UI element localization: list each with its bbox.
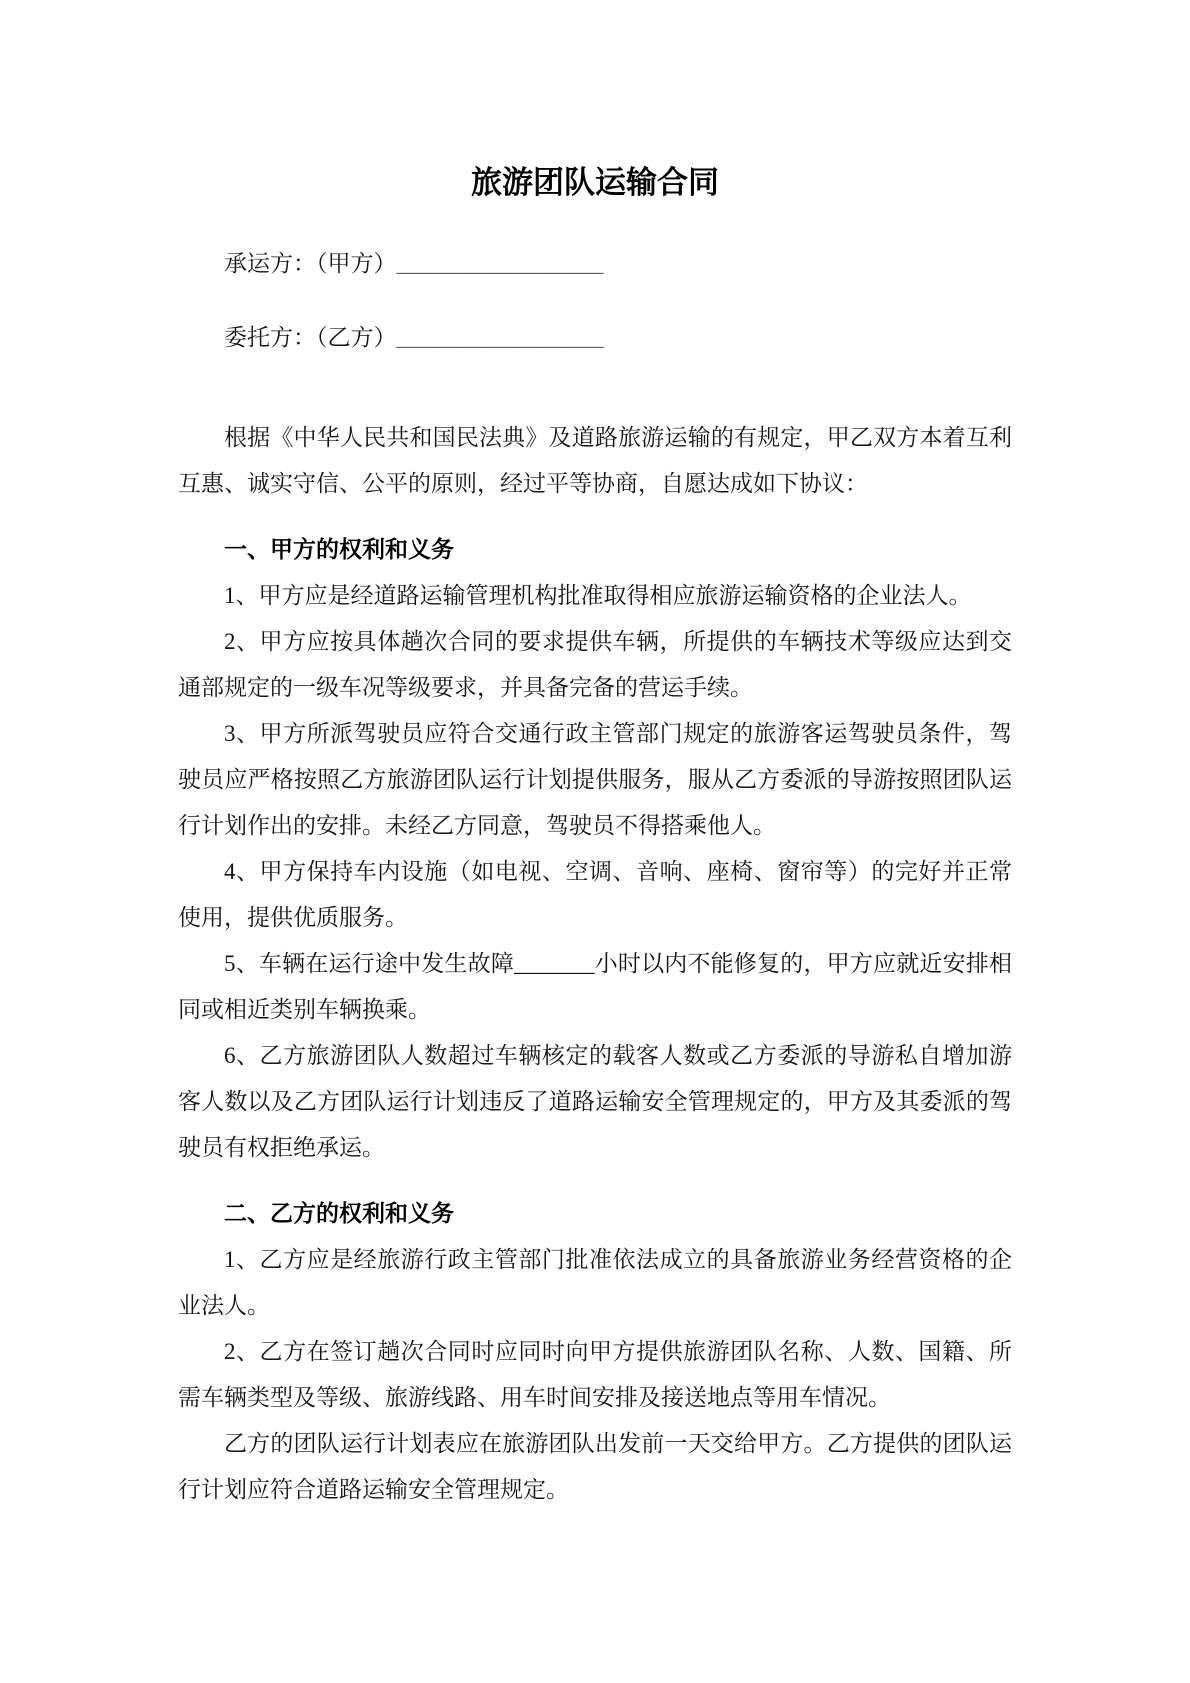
- preamble-paragraph: 根据《中华人民共和国民法典》及道路旅游运输的有规定，甲乙双方本着互利互惠、诚实守…: [178, 415, 1012, 507]
- party-line-client: 委托方：（乙方）__________________: [178, 315, 1012, 361]
- section-1-heading: 一、甲方的权利和义务: [178, 527, 1012, 573]
- section-1-clause-3: 3、甲方所派驾驶员应符合交通行政主管部门规定的旅游客运驾驶员条件，驾驶员应严格按…: [178, 711, 1012, 849]
- carrier-label: 承运方：（甲方）: [224, 251, 397, 276]
- section-2-clause-1: 1、乙方应是经旅游行政主管部门批准依法成立的具备旅游业务经营资格的企业法人。: [178, 1237, 1012, 1329]
- section-1-clause-6: 6、乙方旅游团队人数超过车辆核定的载客人数或乙方委派的导游私自增加游客人数以及乙…: [178, 1033, 1012, 1171]
- contract-page: 旅游团队运输合同 承运方：（甲方）__________________ 委托方：…: [0, 0, 1190, 1683]
- client-blank-line: __________________: [397, 325, 604, 350]
- section-1-clause-1: 1、甲方应是经道路运输管理机构批准取得相应旅游运输资格的企业法人。: [178, 573, 1012, 619]
- section-2-clause-2-continued: 乙方的团队运行计划表应在旅游团队出发前一天交给甲方。乙方提供的团队运行计划应符合…: [178, 1421, 1012, 1513]
- section-2-clause-2: 2、乙方在签订趟次合同时应同时向甲方提供旅游团队名称、人数、国籍、所需车辆类型及…: [178, 1329, 1012, 1421]
- section-2-heading: 二、乙方的权利和义务: [178, 1191, 1012, 1237]
- client-label: 委托方：（乙方）: [224, 325, 397, 350]
- document-title: 旅游团队运输合同: [178, 160, 1012, 205]
- party-line-carrier: 承运方：（甲方）__________________: [178, 241, 1012, 287]
- section-1-clause-2: 2、甲方应按具体趟次合同的要求提供车辆，所提供的车辆技术等级应达到交通部规定的一…: [178, 619, 1012, 711]
- section-1-clause-5: 5、车辆在运行途中发生故障_______小时以内不能修复的，甲方应就近安排相同或…: [178, 941, 1012, 1033]
- carrier-blank-line: __________________: [397, 251, 604, 276]
- section-1-clause-4: 4、甲方保持车内设施（如电视、空调、音响、座椅、窗帘等）的完好并正常使用，提供优…: [178, 849, 1012, 941]
